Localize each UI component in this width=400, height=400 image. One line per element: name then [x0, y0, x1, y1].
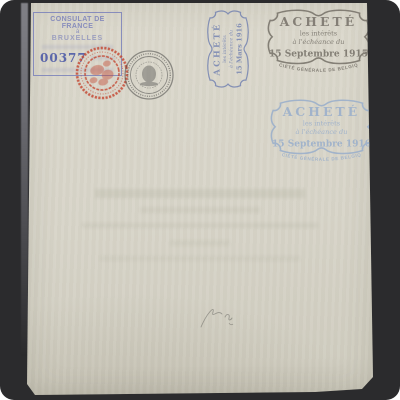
consulate-line3: BRUXELLES — [34, 35, 121, 42]
bleed-through-text — [57, 189, 343, 273]
achete-vertical-stamp: ACHETÉ les intérêts à l'échéance du 15 M… — [204, 10, 252, 88]
achete-line2: les intérêts — [300, 29, 338, 37]
achete-line3: à l'échéance du — [296, 128, 348, 136]
paper-edge-shadow — [21, 3, 28, 395]
ghost-line — [170, 240, 230, 246]
achete-date: 15 Septembre 1916 — [272, 139, 371, 149]
document-paper: CONSULAT DE FRANCE à BRUXELLES 00377 — [27, 3, 373, 395]
ghost-line — [140, 207, 260, 213]
achete-title: ACHETÉ — [211, 22, 221, 76]
ghost-line — [82, 223, 318, 228]
achete-date: 15 Septembre 1915 — [269, 49, 368, 59]
achete-title: ACHETÉ — [279, 14, 358, 29]
achete-date: 15 Mars 1916 — [235, 23, 243, 75]
achete-line2: les intérêts — [221, 35, 228, 63]
ghost-line — [95, 189, 305, 198]
achete-1915-stamp: ACHETÉ les intérêts à l'échéance du 15 S… — [267, 6, 370, 78]
consulate-line1: CONSULAT DE FRANCE — [34, 16, 121, 30]
achete-line2: les intérêts — [303, 119, 341, 127]
achete-line3: à l'échéance du — [227, 30, 234, 68]
photo-background: CONSULAT DE FRANCE à BRUXELLES 00377 — [0, 0, 400, 400]
achete-title: ACHETÉ — [282, 104, 361, 119]
achete-line3: à l'échéance du — [293, 38, 345, 46]
pencil-scribble — [193, 297, 249, 341]
achete-1916-stamp: ACHETÉ les intérêts à l'échéance du 15 S… — [270, 96, 373, 168]
ghost-line — [100, 256, 300, 261]
black-official-seal-stamp — [123, 49, 175, 101]
